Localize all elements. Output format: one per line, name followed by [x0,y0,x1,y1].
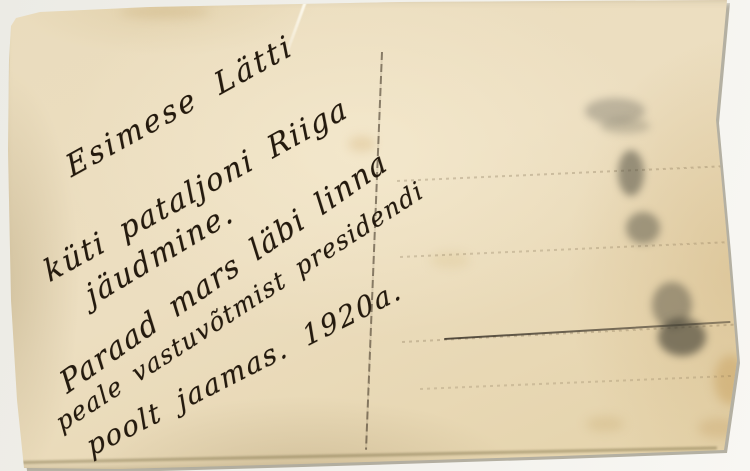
smudge-mark [600,118,650,134]
address-line-1 [397,164,747,182]
stain-mark [714,355,748,405]
smudge-mark [658,318,706,356]
stain-mark [120,6,210,18]
scan-background: Esimese Lätti küti pataljoni Riiga jäudm… [0,0,750,471]
smudge-mark [618,150,644,196]
card-left-edge [0,24,10,466]
address-line-2 [400,240,742,258]
stain-mark [698,418,740,438]
address-divider-line [365,52,383,450]
address-line-4 [420,375,736,390]
postcard-back: Esimese Lätti küti pataljoni Riiga jäudm… [0,0,750,471]
smudge-mark [626,212,660,244]
stain-mark [586,416,624,432]
